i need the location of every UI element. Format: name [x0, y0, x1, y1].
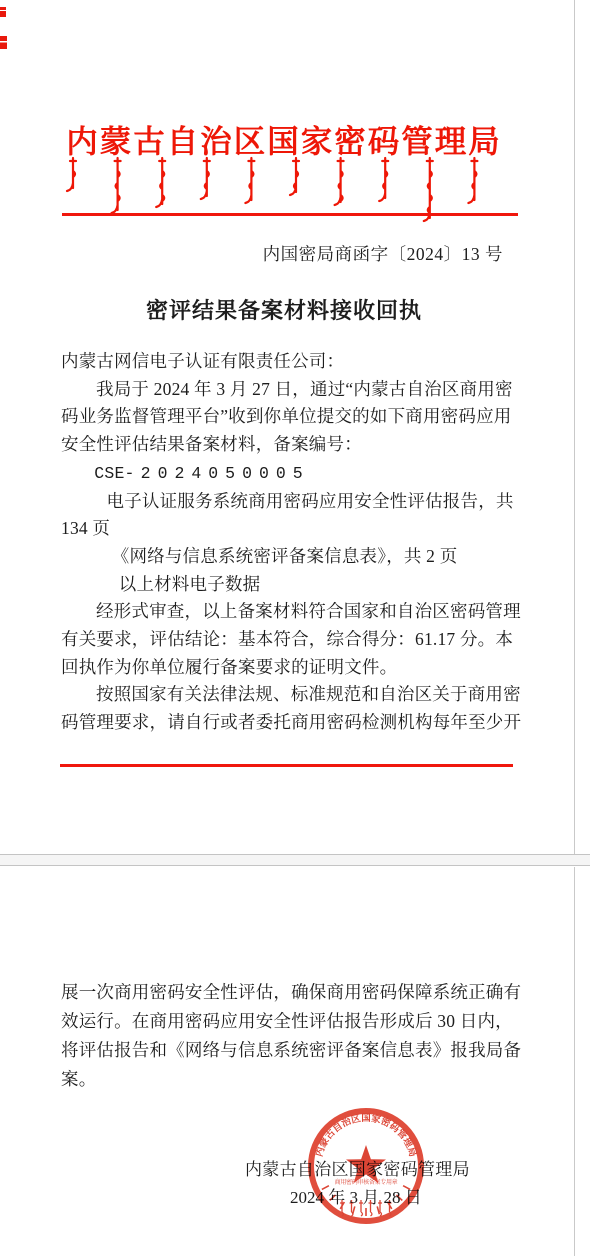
body-text-line: 134 页	[61, 515, 513, 543]
document-viewer-screenshot: { "viewer": { "background": "#ffffff", "…	[0, 0, 590, 1256]
body-text-line: 案。	[61, 1065, 513, 1094]
body-text-line: 码管理要求，请自行或者委托商用密码检测机构每年至少开	[61, 709, 513, 737]
body-text-line: 回执作为你单位履行备案要求的证明文件。	[61, 654, 513, 682]
intro-paragraph: 内蒙古网信电子认证有限责任公司：我局于 2024 年 3 月 27 日，通过“内…	[61, 348, 513, 459]
body-text-line: 内蒙古网信电子认证有限责任公司：	[61, 348, 513, 376]
body-text-line: 将评估报告和《网络与信息系统密评备案信息表》报我局备	[61, 1036, 513, 1065]
seal-banner-text: 商用密码审核备案专用章	[335, 1178, 398, 1186]
page-separator	[0, 854, 590, 866]
document-viewer[interactable]: 内蒙古自治区国家密码管理局 内国密局商函字〔2024〕13 号 密评结果备案材料…	[0, 0, 590, 1256]
body-text-line: 有关要求，评估结论：基本符合，综合得分：61.17 分。本	[61, 626, 513, 654]
page2-body-text: 展一次商用密码安全性评估，确保商用密码保障系统正确有效运行。在商用密码应用安全性…	[61, 978, 513, 1094]
body-text-line: 效运行。在商用密码应用安全性评估报告形成后 30 日内，	[61, 1007, 513, 1036]
document-title: 密评结果备案材料接收回执	[61, 294, 507, 325]
body-text-line: 按照国家有关法律法规、标准规范和自治区关于商用密	[61, 681, 513, 709]
official-red-seal: 内蒙古自治区国家密码管理局 商用密码审核备案专用章	[296, 1100, 436, 1240]
body-text-line: 电子认证服务系统商用密码应用安全性评估报告，共	[61, 488, 513, 516]
mongolian-script-row	[61, 156, 507, 231]
body-text-line: 《网络与信息系统密评备案信息表》，共 2 页	[61, 543, 513, 571]
red-glyph-fragment	[0, 7, 6, 17]
filing-number-digits: 2024050005	[141, 464, 310, 483]
document-page-1: 内蒙古自治区国家密码管理局 内国密局商函字〔2024〕13 号 密评结果备案材料…	[0, 0, 575, 854]
document-number: 内国密局商函字〔2024〕13 号	[263, 241, 503, 266]
red-glyph-fragment	[0, 36, 7, 49]
footer-red-rule	[60, 764, 513, 767]
body-text-line: 码业务监督管理平台”收到你单位提交的如下商用密码应用	[61, 403, 513, 431]
document-page-2: 展一次商用密码安全性评估，确保商用密码保障系统正确有效运行。在商用密码应用安全性…	[0, 867, 575, 1256]
body-text-line: 以上材料电子数据	[61, 571, 513, 599]
body-text-line: 我局于 2024 年 3 月 27 日，通过“内蒙古自治区商用密	[61, 376, 513, 404]
page1-body-text: 内蒙古网信电子认证有限责任公司：我局于 2024 年 3 月 27 日，通过“内…	[61, 348, 513, 737]
star-icon	[346, 1145, 386, 1183]
letterhead-red-rule	[62, 213, 518, 216]
closing-paragraph: 展一次商用密码安全性评估，确保商用密码保障系统正确有效运行。在商用密码应用安全性…	[61, 978, 513, 1094]
filing-number-line: CSE-2024050005	[61, 459, 513, 488]
body-text-line: 展一次商用密码安全性评估，确保商用密码保障系统正确有	[61, 978, 513, 1007]
body-text-line: 安全性评估结果备案材料，备案编号：	[61, 431, 513, 459]
materials-paragraph: 电子认证服务系统商用密码应用安全性评估报告，共134 页《网络与信息系统密评备案…	[61, 488, 513, 737]
body-text-line: 经形式审查，以上备案材料符合国家和自治区密码管理	[61, 598, 513, 626]
filing-number-prefix: CSE-	[94, 464, 134, 483]
